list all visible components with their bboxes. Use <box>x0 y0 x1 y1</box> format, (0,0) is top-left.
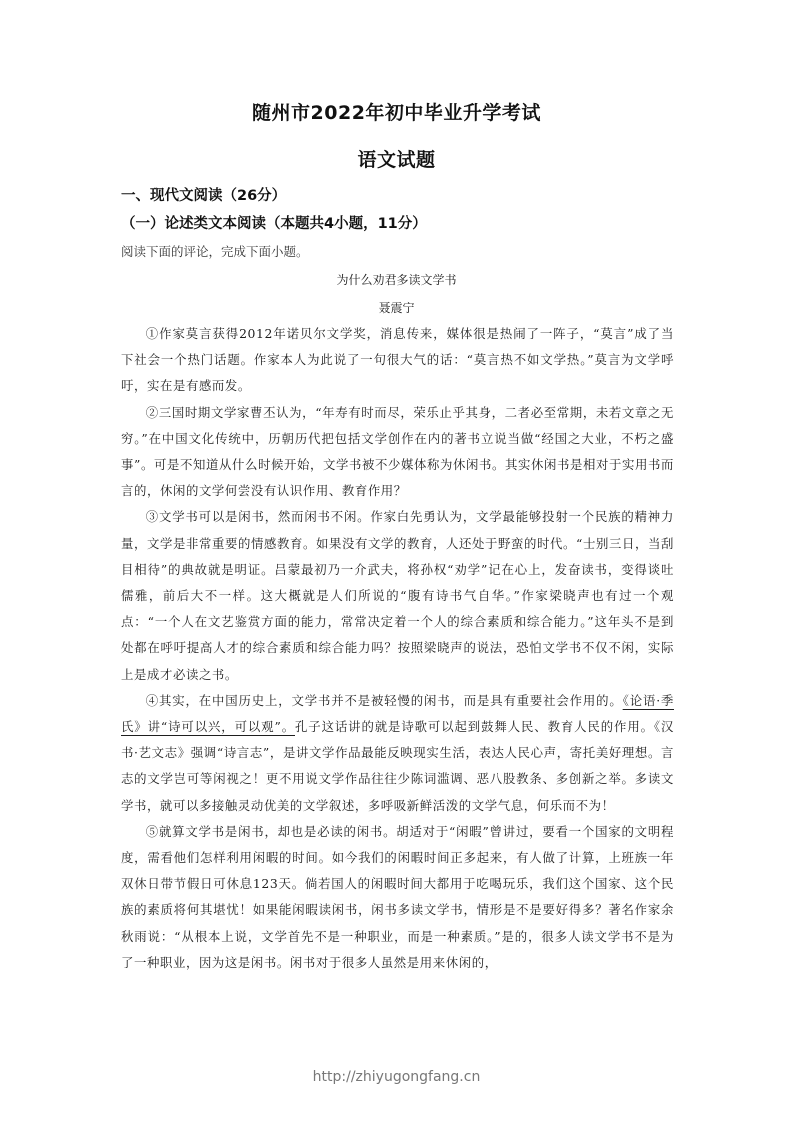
subsection-heading: （一）论述类文本阅读（本题共4小题，11分） <box>121 212 427 233</box>
section-heading: 一、现代文阅读（26分） <box>121 184 286 205</box>
reading-instruction: 阅读下面的评论，完成下面小题。 <box>121 242 309 260</box>
exam-title: 随州市2022年初中毕业升学考试 <box>0 98 793 125</box>
article-body: ①作家莫言获得2012年诺贝尔文学奖，消息传来，媒体很是热闹了一阵子，“莫言”成… <box>121 321 674 976</box>
article-title: 为什么劝君多读文学书 <box>0 271 793 288</box>
paragraph-5: ⑤就算文学书是闲书，却也是必读的闲书。胡适对于“闲暇”曾讲过，要看一个国家的文明… <box>121 819 674 976</box>
paragraph-4: ④其实，在中国历史上，文学书并不是被轻慢的闲书，而是具有重要社会作用的。《论语·… <box>121 688 674 819</box>
exam-subtitle: 语文试题 <box>0 145 793 172</box>
paragraph-4-start: ④其实，在中国历史上，文学书并不是被轻慢的闲书，而是具有重要社会作用的。 <box>146 693 623 708</box>
footer-url: http://zhiyugongfang.cn <box>0 1069 793 1085</box>
exam-page: 随州市2022年初中毕业升学考试 语文试题 一、现代文阅读（26分） （一）论述… <box>0 0 793 1122</box>
article-author: 聂震宁 <box>0 299 793 316</box>
paragraph-1: ①作家莫言获得2012年诺贝尔文学奖，消息传来，媒体很是热闹了一阵子，“莫言”成… <box>121 321 674 400</box>
paragraph-3: ③文学书可以是闲书，然而闲书不闲。作家白先勇认为，文学最能够投射一个民族的精神力… <box>121 504 674 687</box>
paragraph-2: ②三国时期文学家曹丕认为，“年寿有时而尽，荣乐止乎其身，二者必至常期，未若文章之… <box>121 400 674 505</box>
